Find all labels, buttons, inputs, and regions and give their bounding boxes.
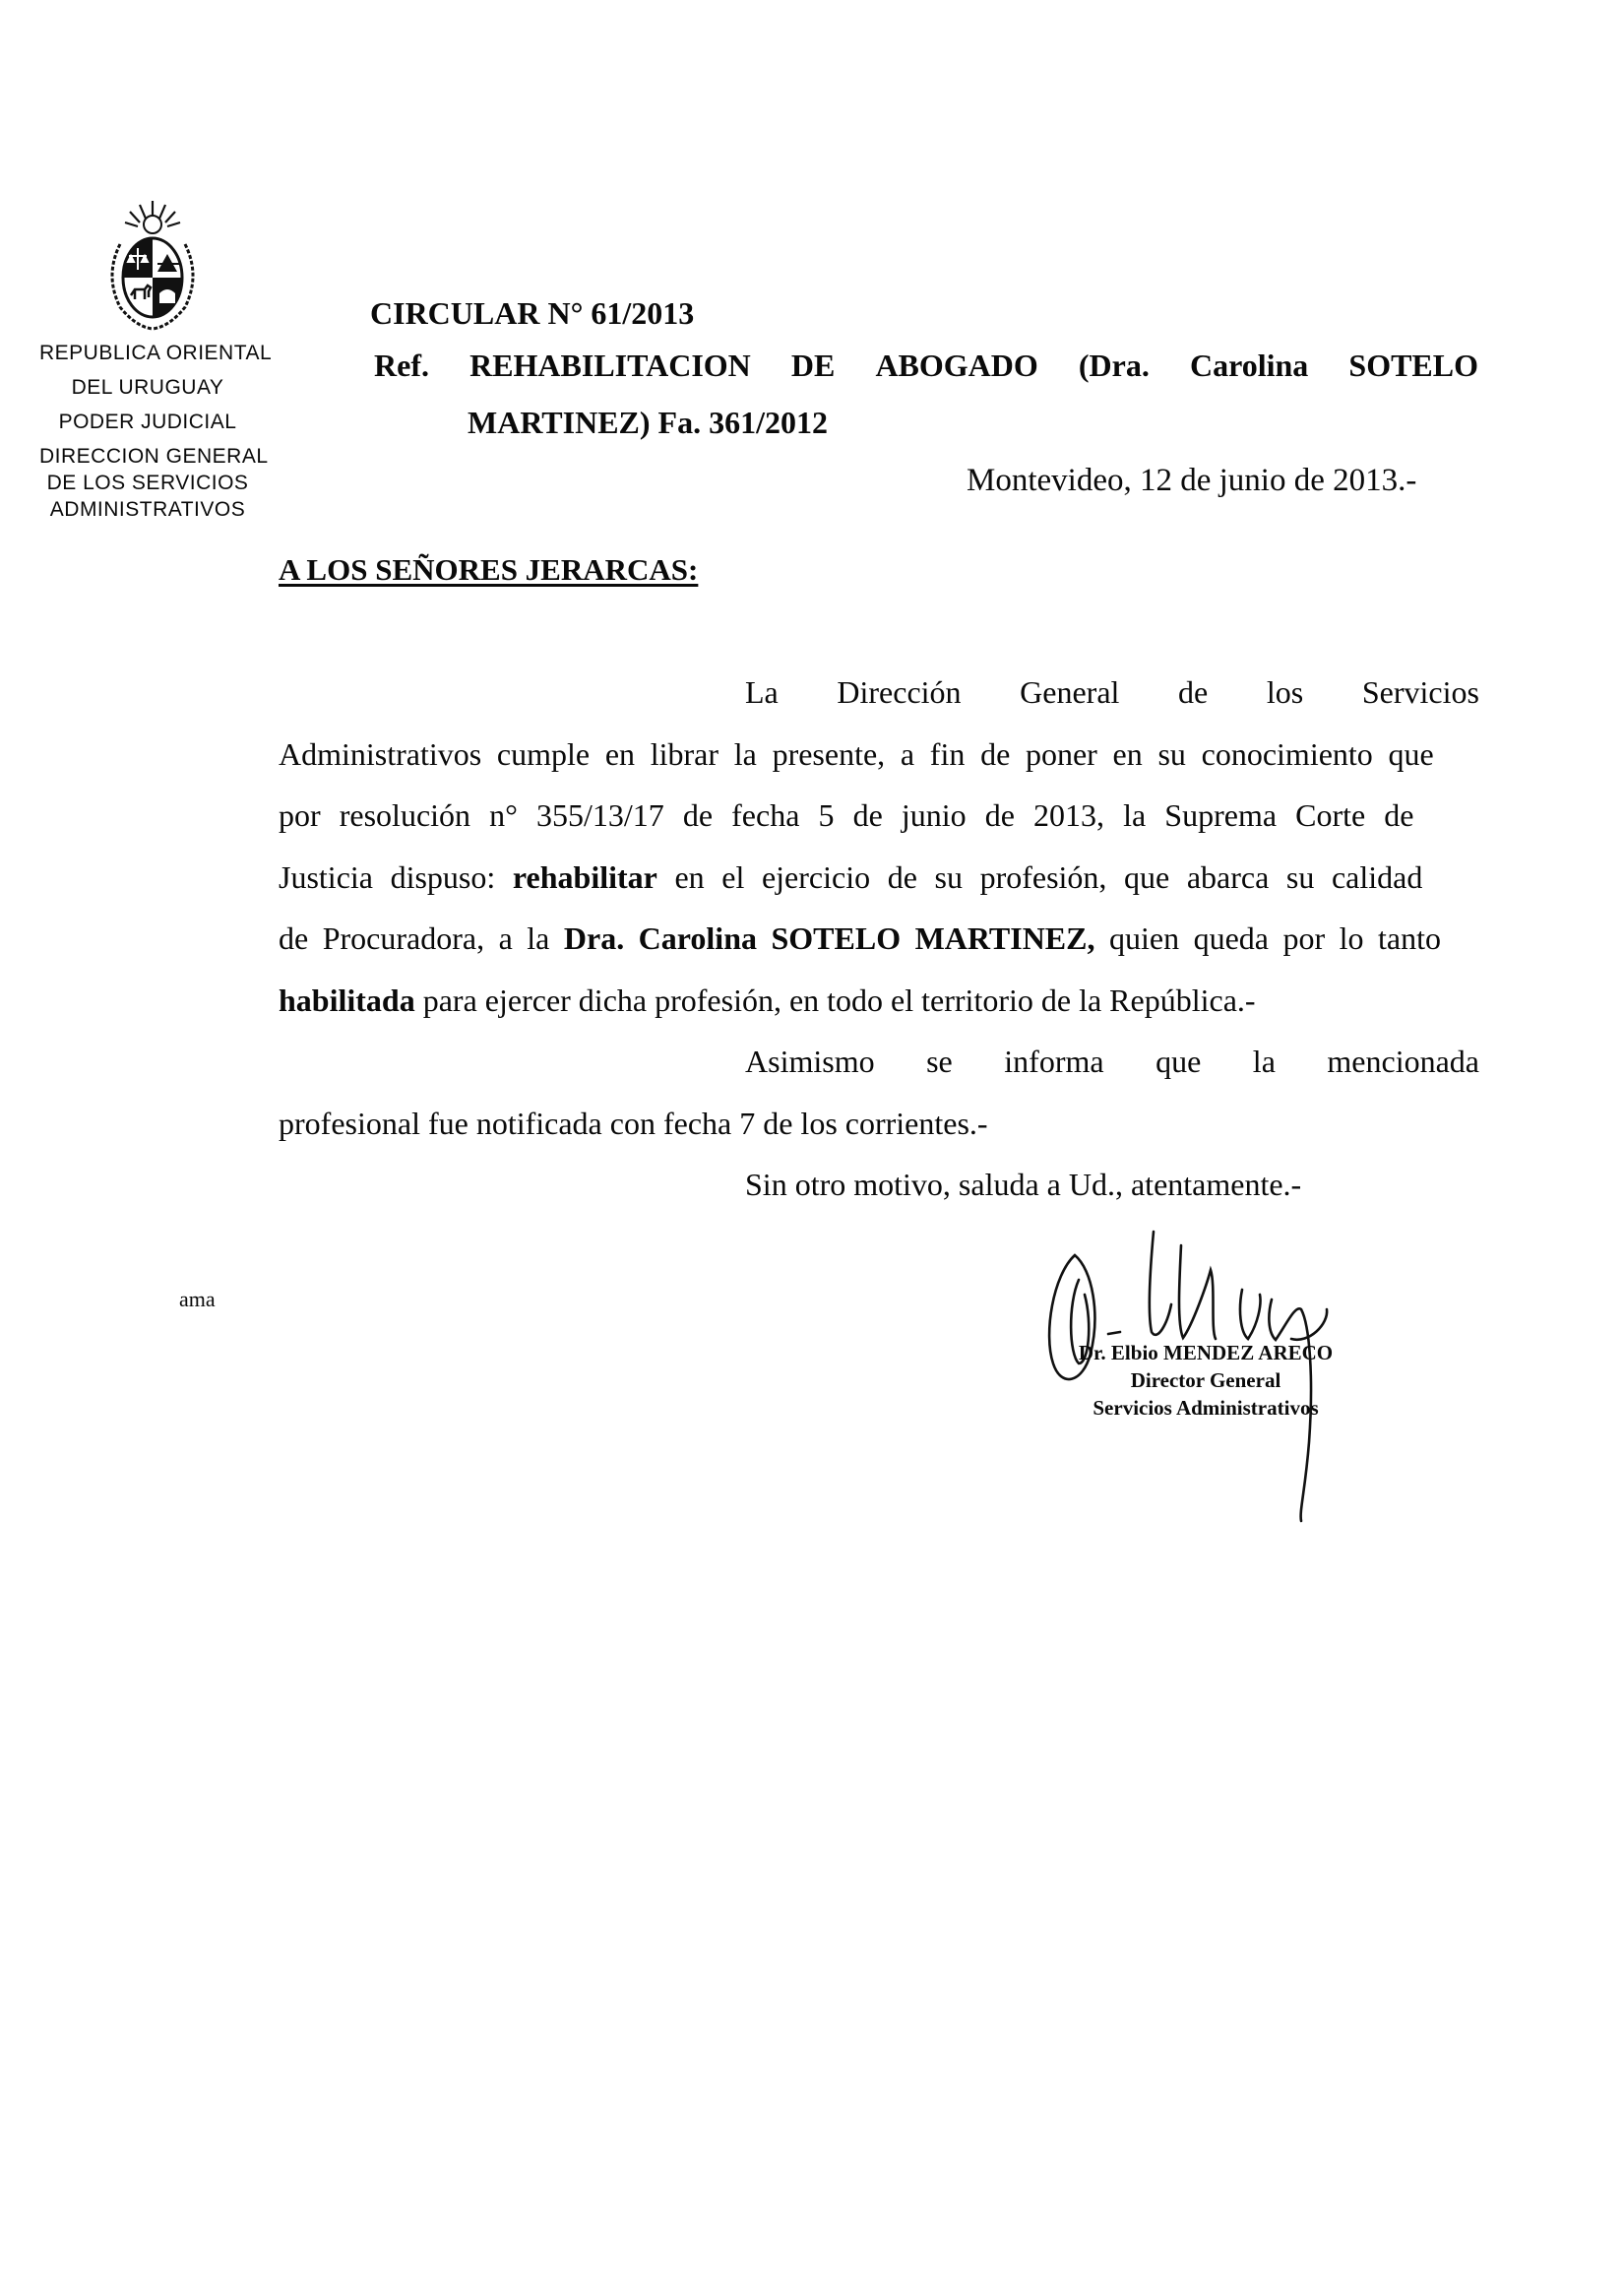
body-line: profesional fue notificada con fecha 7 d… (279, 1093, 1479, 1155)
body-line: por resolución n° 355/13/17 de fecha 5 d… (279, 785, 1479, 847)
letterhead-line: DIRECCION GENERAL (39, 446, 256, 467)
ref-word: DE (791, 348, 835, 384)
body-line: La Dirección General de los Servicios (279, 662, 1479, 724)
emphasis: Dra. Carolina SOTELO MARTINEZ, (564, 908, 1095, 970)
reference-line-2: MARTINEZ) Fa. 361/2012 (468, 405, 828, 441)
letterhead-organization: REPUBLICA ORIENTAL DEL URUGUAY PODER JUD… (39, 343, 256, 520)
ref-word: Carolina (1190, 348, 1308, 384)
letterhead-line: PODER JUDICIAL (39, 412, 256, 432)
signatory-office: Servicios Administrativos (1043, 1394, 1368, 1422)
body-line: de Procuradora, a la Dra. Carolina SOTEL… (279, 908, 1479, 970)
ref-word: SOTELO (1348, 348, 1478, 384)
reference-line: Ref. REHABILITACION DE ABOGADO (Dra. Car… (374, 348, 1478, 384)
closing-line: Sin otro motivo, saluda a Ud., atentamen… (279, 1154, 1479, 1216)
body-line: Justicia dispuso: rehabilitar en el ejer… (279, 847, 1479, 909)
body-line: Asimismo se informa que la mencionada (279, 1031, 1479, 1093)
body-line: Administrativos cumple en librar la pres… (279, 724, 1479, 786)
ref-word: (Dra. (1079, 348, 1150, 384)
letter-body: La Dirección General de los Servicios Ad… (279, 662, 1479, 1216)
salutation: A LOS SEÑORES JERARCAS: (279, 552, 698, 588)
ref-word: ABOGADO (875, 348, 1037, 384)
ref-word: REHABILITACION (469, 348, 751, 384)
signature-block: Dr. Elbio MENDEZ ARECO Director General … (1043, 1339, 1368, 1422)
signatory-name: Dr. Elbio MENDEZ ARECO (1043, 1339, 1368, 1366)
emphasis: rehabilitar (513, 847, 657, 909)
letterhead-line: DEL URUGUAY (39, 377, 256, 398)
circular-number: CIRCULAR N° 61/2013 (370, 295, 694, 332)
coat-of-arms-icon (98, 197, 207, 335)
body-line: habilitada para ejercer dicha profesión,… (279, 970, 1479, 1032)
signatory-title: Director General (1043, 1366, 1368, 1394)
document-date: Montevideo, 12 de junio de 2013.- (967, 463, 1416, 499)
letterhead-line: DE LOS SERVICIOS (39, 473, 256, 493)
letterhead-line: REPUBLICA ORIENTAL (39, 343, 256, 363)
typist-initials: ama (179, 1287, 216, 1312)
letterhead-line: ADMINISTRATIVOS (39, 499, 256, 520)
emphasis: habilitada (279, 970, 415, 1032)
ref-word: Ref. (374, 348, 429, 384)
